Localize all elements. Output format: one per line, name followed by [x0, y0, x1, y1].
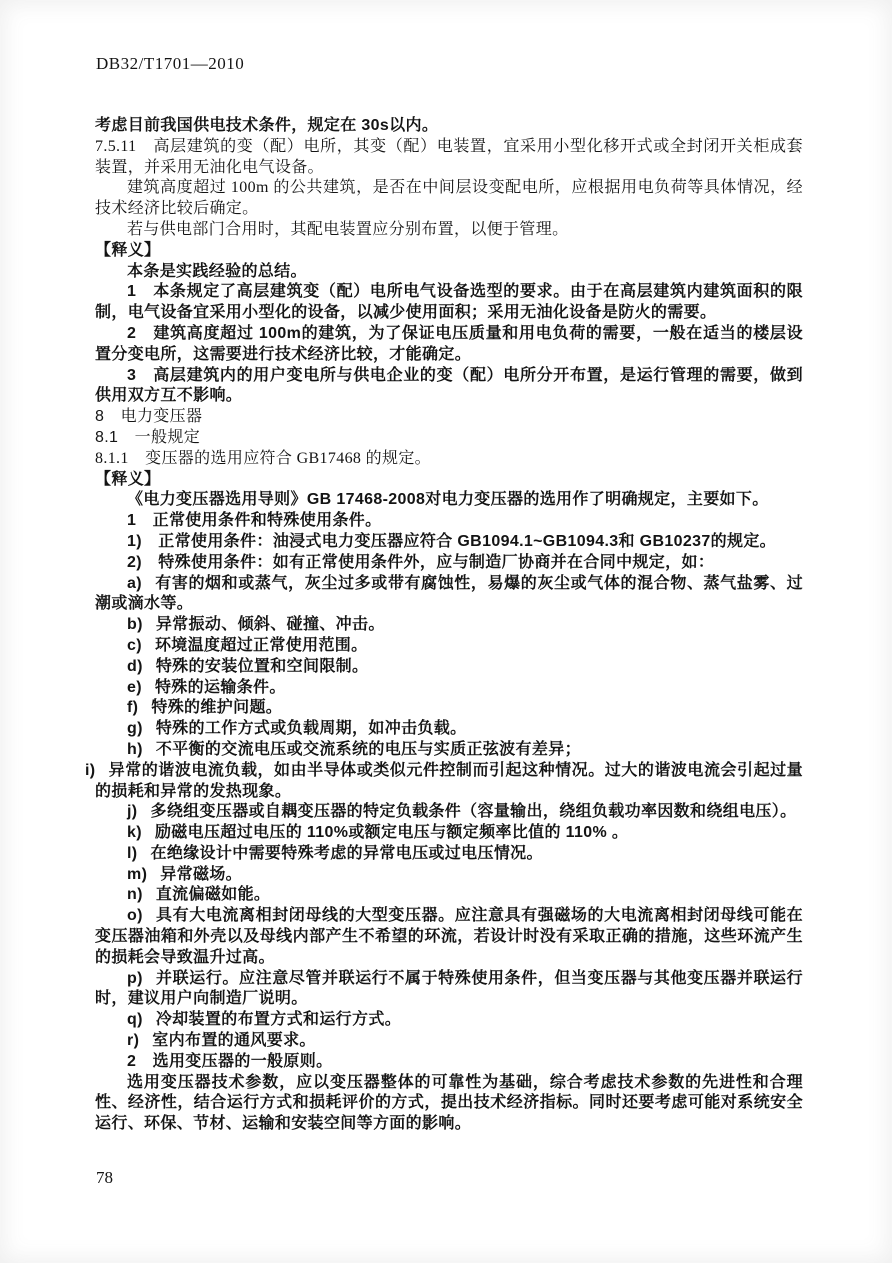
list-item-label: k) — [127, 824, 142, 841]
list-item-k: k)励磁电压超过电压的 110%或额定电压与额定频率比值的 110% 。 — [95, 823, 803, 844]
list-item-label: o) — [127, 907, 143, 924]
list-item-label: f) — [127, 699, 138, 716]
list-item-text: 励磁电压超过电压的 110%或额定电压与额定频率比值的 110% 。 — [155, 824, 628, 841]
commentary-label: 【释义】 — [95, 241, 803, 262]
list-item-label: j) — [127, 803, 137, 820]
list-item-q: q)冷却装置的布置方式和运行方式。 — [95, 1010, 803, 1031]
commentary-intro: 本条是实践经验的总结。 — [95, 262, 803, 283]
list-item-text: 多绕组变压器或自耦变压器的特定负载条件（容量输出，绕组负载功率因数和绕组电压）。 — [150, 803, 796, 820]
list-item-text: 并联运行。应注意尽管并联运行不属于特殊使用条件，但当变压器与其他变压器并联运行时… — [95, 970, 803, 1008]
list-item-text: 特殊的安装位置和空间限制。 — [156, 658, 369, 675]
list-item-text: 室内布置的通风要求。 — [152, 1032, 316, 1049]
list-item-label: g) — [127, 720, 143, 737]
document-page: DB32/T1701—2010 考虑目前我国供电技术条件，规定在 30s以内。 … — [0, 0, 892, 1263]
document-body: 考虑目前我国供电技术条件，规定在 30s以内。 7.5.11 高层建筑的变（配）… — [95, 116, 803, 1135]
list-item-j: j)多绕组变压器或自耦变压器的特定负载条件（容量输出，绕组负载功率因数和绕组电压… — [95, 802, 803, 823]
list-item-label: d) — [127, 658, 143, 675]
list-item-a: a)有害的烟和或蒸气，灰尘过多或带有腐蚀性，易爆的灰尘或气体的混合物、蒸气盐雾、… — [95, 574, 803, 616]
list-item-text: 异常振动、倾斜、碰撞、冲击。 — [156, 616, 385, 633]
commentary-2-item-1: 1 正常使用条件和特殊使用条件。 — [95, 511, 803, 532]
chapter-8-heading: 8 电力变压器 — [95, 407, 803, 428]
list-item-label: m) — [127, 866, 147, 883]
list-item-text: 直流偏磁如能。 — [156, 886, 270, 903]
commentary-item-1: 1 本条规定了高层建筑变（配）电所电气设备选型的要求。由于在高层建筑内建筑面积的… — [95, 282, 803, 324]
clause-8-1-1: 8.1.1 变压器的选用应符合 GB17468 的规定。 — [95, 449, 803, 470]
list-item-p: p)并联运行。应注意尽管并联运行不属于特殊使用条件，但当变压器与其他变压器并联运… — [95, 969, 803, 1011]
list-item-text: 特殊的维护问题。 — [151, 699, 282, 716]
section-8-1-heading: 8.1 一般规定 — [95, 428, 803, 449]
list-item-label: c) — [127, 637, 142, 654]
list-item-label: l) — [127, 845, 137, 862]
list-item-text: 异常的谐波电流负载，如由半导体或类似元件控制而引起这种情况。过大的谐波电流会引起… — [95, 762, 803, 800]
list-item-text: 有害的烟和或蒸气，灰尘过多或带有腐蚀性，易爆的灰尘或气体的混合物、蒸气盐雾、过潮… — [95, 575, 803, 613]
list-item-l: l)在绝缘设计中需要特殊考虑的异常电压或过电压情况。 — [95, 844, 803, 865]
list-item-o: o)具有大电流离相封闭母线的大型变压器。应注意具有强磁场的大电流离相封闭母线可能… — [95, 906, 803, 968]
list-item-label: r) — [127, 1032, 139, 1049]
list-item-h: h)不平衡的交流电压或交流系统的电压与实质正弦波有差异； — [95, 740, 803, 761]
clause-7-5-11-paragraph-3: 若与供电部门合用时，其配电装置应分别布置，以便于管理。 — [95, 220, 803, 241]
list-item-text: 环境温度超过正常使用范围。 — [155, 637, 368, 654]
list-item-text: 在绝缘设计中需要特殊考虑的异常电压或过电压情况。 — [150, 845, 542, 862]
list-item-label: e) — [127, 679, 142, 696]
list-item-r: r)室内布置的通风要求。 — [95, 1031, 803, 1052]
commentary-item-3: 3 高层建筑内的用户变电所与供电企业的变（配）电所分开布置，是运行管理的需要，做… — [95, 366, 803, 408]
clause-7-5-11-paragraph-2: 建筑高度超过 100m 的公共建筑，是否在中间层设变配电所，应根据用电负荷等具体… — [95, 178, 803, 220]
list-item-label: i) — [85, 762, 95, 779]
sub-item-2: 2) 特殊使用条件：如有正常使用条件外，应与制造厂协商并在合同中规定，如： — [95, 553, 803, 574]
list-item-label: h) — [127, 741, 143, 758]
list-item-n: n)直流偏磁如能。 — [95, 885, 803, 906]
list-item-label: q) — [127, 1011, 143, 1028]
list-item-e: e)特殊的运输条件。 — [95, 678, 803, 699]
list-item-label: a) — [127, 575, 142, 592]
list-item-text: 具有大电流离相封闭母线的大型变压器。应注意具有强磁场的大电流离相封闭母线可能在变… — [95, 907, 803, 966]
sub-item-1: 1) 正常使用条件：油浸式电力变压器应符合 GB1094.1~GB1094.3和… — [95, 532, 803, 553]
commentary-2-item-2: 2 选用变压器的一般原则。 — [95, 1052, 803, 1073]
commentary-label-2: 【释义】 — [95, 470, 803, 491]
commentary-item-2: 2 建筑高度超过 100m的建筑，为了保证电压质量和用电负荷的需要，一般在适当的… — [95, 324, 803, 366]
list-item-label: p) — [127, 970, 143, 987]
list-item-f: f)特殊的维护问题。 — [95, 698, 803, 719]
list-item-d: d)特殊的安装位置和空间限制。 — [95, 657, 803, 678]
list-item-g: g)特殊的工作方式或负载周期，如冲击负载。 — [95, 719, 803, 740]
list-item-text: 冷却装置的布置方式和运行方式。 — [156, 1011, 401, 1028]
document-code-header: DB32/T1701—2010 — [96, 54, 244, 74]
list-item-text: 不平衡的交流电压或交流系统的电压与实质正弦波有差异； — [156, 741, 581, 758]
list-item-text: 特殊的运输条件。 — [155, 679, 286, 696]
list-item-label: b) — [127, 616, 143, 633]
commentary-2-item-2-text: 选用变压器技术参数，应以变压器整体的可靠性为基础，综合考虑技术参数的先进性和合理… — [95, 1073, 803, 1135]
commentary-2-intro: 《电力变压器选用导则》GB 17468-2008对电力变压器的选用作了明确规定，… — [95, 490, 803, 511]
list-item-label: n) — [127, 886, 143, 903]
clause-7-5-11: 7.5.11 高层建筑的变（配）电所，其变（配）电装置，宜采用小型化移开式或全封… — [95, 137, 803, 179]
list-item-i: i)异常的谐波电流负载，如由半导体或类似元件控制而引起这种情况。过大的谐波电流会… — [95, 761, 803, 803]
list-item-m: m)异常磁场。 — [95, 865, 803, 886]
commentary-tail-line: 考虑目前我国供电技术条件，规定在 30s以内。 — [95, 116, 803, 137]
list-item-text: 异常磁场。 — [160, 866, 242, 883]
list-item-b: b)异常振动、倾斜、碰撞、冲击。 — [95, 615, 803, 636]
page-number: 78 — [96, 1168, 113, 1188]
list-item-text: 特殊的工作方式或负载周期，如冲击负载。 — [156, 720, 467, 737]
list-item-c: c)环境温度超过正常使用范围。 — [95, 636, 803, 657]
